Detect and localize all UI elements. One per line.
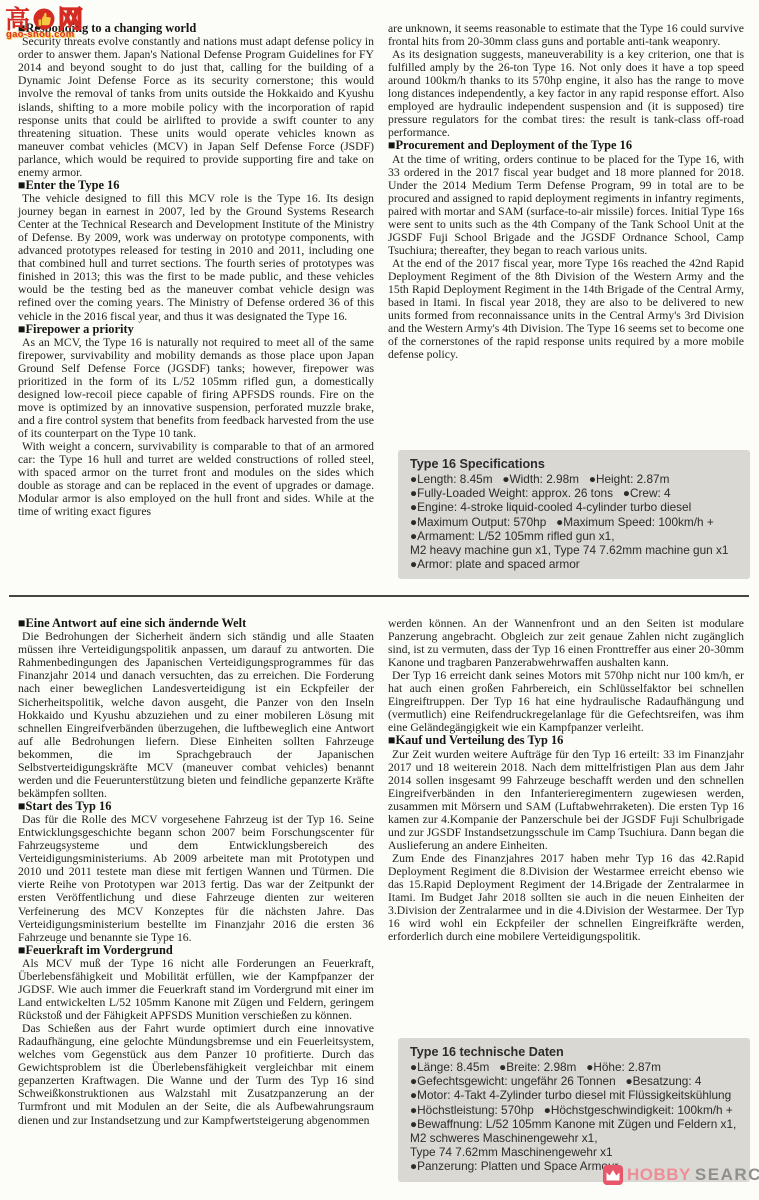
spec-line: M2 schweres Maschinengewehr x1, [410, 1131, 742, 1145]
spec-line: ●Höchstleistung: 570hp ●Höchstgeschwindi… [410, 1103, 742, 1117]
paragraph: Zur Zeit wurden weitere Aufträge für den… [388, 748, 744, 852]
paragraph: are unknown, it seems reasonable to esti… [388, 22, 744, 48]
spec-line: ●Länge: 8.45m ●Breite: 2.98m ●Höhe: 2.87… [410, 1060, 742, 1074]
gaoshou-watermark: 高 网 gao-shou.com [5, 7, 83, 40]
paragraph: As an MCV, the Type 16 is naturally not … [18, 336, 374, 440]
paragraph: As its designation suggests, maneuverabi… [388, 48, 744, 139]
paragraph: Die Bedrohungen der Sicherheit ändern si… [18, 630, 374, 800]
spec-line: ●Maximum Output: 570hp ●Maximum Speed: 1… [410, 515, 742, 529]
paragraph: Als MCV muß der Type 16 nicht alle Forde… [18, 957, 374, 1022]
type16-technische-daten-box: Type 16 technische Daten ●Länge: 8.45m ●… [398, 1038, 750, 1182]
paragraph: At the time of writing, orders continue … [388, 153, 744, 257]
heading-kauf-verteilung: ■Kauf und Verteilung des Typ 16 [388, 734, 744, 747]
spec-line: ●Motor: 4-Takt 4-Zylinder turbo diesel m… [410, 1088, 742, 1102]
english-left-column: ■Responding to a changing world Security… [18, 22, 374, 519]
heading-eine-antwort: ■Eine Antwort auf eine sich ändernde Wel… [18, 617, 374, 630]
type16-specifications-box: Type 16 Specifications ●Length: 8.45m ●W… [398, 450, 750, 579]
spec-line: ●Bewaffnung: L/52 105mm Kanone mit Zügen… [410, 1117, 742, 1131]
spec-line: ●Gefechtsgewicht: ungefähr 26 Tonnen ●Be… [410, 1074, 742, 1088]
spec-line: ●Armor: plate and spaced armor [410, 557, 742, 571]
german-left-column: ■Eine Antwort auf eine sich ändernde Wel… [18, 617, 374, 1127]
hobby-search-logo: HOBBY SEARCH [603, 1165, 759, 1185]
heading-procurement-deployment: ■Procurement and Deployment of the Type … [388, 139, 744, 152]
paragraph: At the end of the 2017 fiscal year, more… [388, 257, 744, 361]
spec-line: M2 heavy machine gun x1, Type 74 7.62mm … [410, 543, 742, 557]
heading-feuerkraft-vordergrund: ■Feuerkraft im Vordergrund [18, 944, 374, 957]
spec-line: ●Length: 8.45m ●Width: 2.98m ●Height: 2.… [410, 472, 742, 486]
spec-line: ●Engine: 4-stroke liquid-cooled 4-cylind… [410, 500, 742, 514]
paragraph: Das für die Rolle des MCV vorgesehene Fa… [18, 813, 374, 943]
section-divider-line [9, 595, 749, 597]
paragraph: Security threats evolve constantly and n… [18, 35, 374, 179]
english-section: ■Responding to a changing world Security… [0, 22, 759, 519]
heading-firepower-priority: ■Firepower a priority [18, 323, 374, 336]
spec-line: Type 74 7.62mm Maschinengewehr x1 [410, 1145, 742, 1159]
hobby-search-brand-hobby: HOBBY [627, 1165, 691, 1185]
watermark-domain: gao-shou.com [6, 30, 83, 40]
paragraph: Der Typ 16 erreicht dank seines Motors m… [388, 669, 744, 734]
spec-line: ●Fully-Loaded Weight: approx. 26 tons ●C… [410, 486, 742, 500]
heading-start-des-typ16: ■Start des Typ 16 [18, 800, 374, 813]
hobby-search-brand-search: SEARCH [695, 1165, 759, 1185]
spec-line: ●Armament: L/52 105mm rifled gun x1, [410, 529, 742, 543]
heading-enter-type16: ■Enter the Type 16 [18, 179, 374, 192]
paragraph: The vehicle designed to fill this MCV ro… [18, 192, 374, 322]
english-right-column: are unknown, it seems reasonable to esti… [388, 22, 744, 519]
paragraph: werden können. An der Wannenfront und an… [388, 617, 744, 669]
spec-box-title: Type 16 Specifications [410, 457, 742, 472]
paragraph: Das Schießen aus der Fahrt wurde optimie… [18, 1022, 374, 1126]
scanned-article-page: 高 网 gao-shou.com ■Responding to a changi… [0, 0, 759, 1200]
hobby-search-icon [603, 1165, 623, 1185]
paragraph: With weight a concern, survivability is … [18, 440, 374, 518]
paragraph: Zum Ende des Finanzjahres 2017 haben meh… [388, 852, 744, 943]
spec-box-title: Type 16 technische Daten [410, 1045, 742, 1060]
